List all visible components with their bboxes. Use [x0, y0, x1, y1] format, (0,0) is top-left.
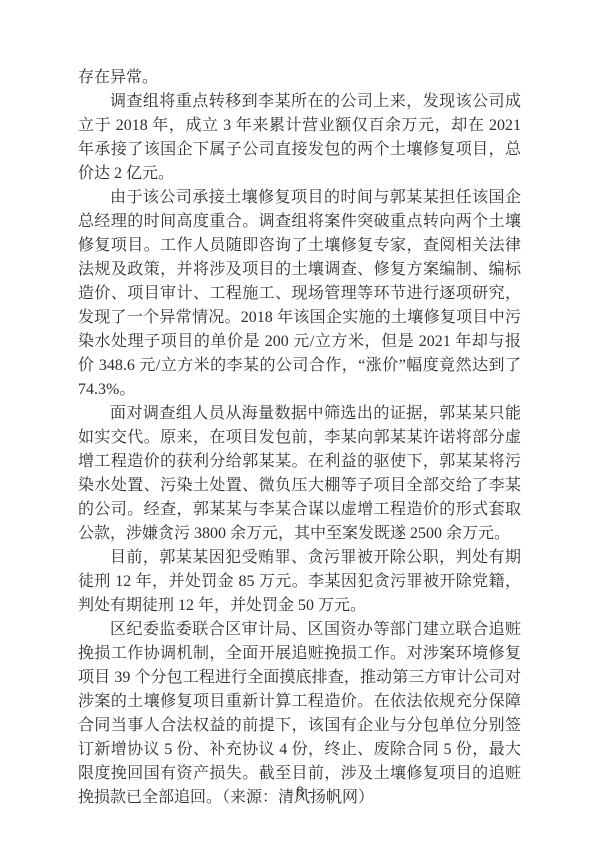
paragraph: 区纪委监委联合区审计局、区国资办等部门建立联合追赃挽损工作协调机制，全面开展追赃…	[78, 618, 521, 810]
document-body: 存在异常。 调查组将重点转移到李某所在的公司上来，发现该公司成立于 2018 年…	[78, 66, 521, 810]
paragraph: 面对调查组人员从海量数据中筛选出的证据，郭某某只能如实交代。原来，在项目发包前，…	[78, 402, 521, 546]
page-number: - 8 -	[0, 784, 600, 801]
document-page: 存在异常。 调查组将重点转移到李某所在的公司上来，发现该公司成立于 2018 年…	[0, 0, 600, 849]
paragraph: 存在异常。	[78, 66, 521, 90]
paragraph: 目前，郭某某因犯受贿罪、贪污罪被开除公职，判处有期徒刑 12 年，并处罚金 85…	[78, 546, 521, 618]
paragraph: 由于该公司承接土壤修复项目的时间与郭某某担任该国企总经理的时间高度重合。调查组将…	[78, 186, 521, 402]
paragraph: 调查组将重点转移到李某所在的公司上来，发现该公司成立于 2018 年，成立 3 …	[78, 90, 521, 186]
